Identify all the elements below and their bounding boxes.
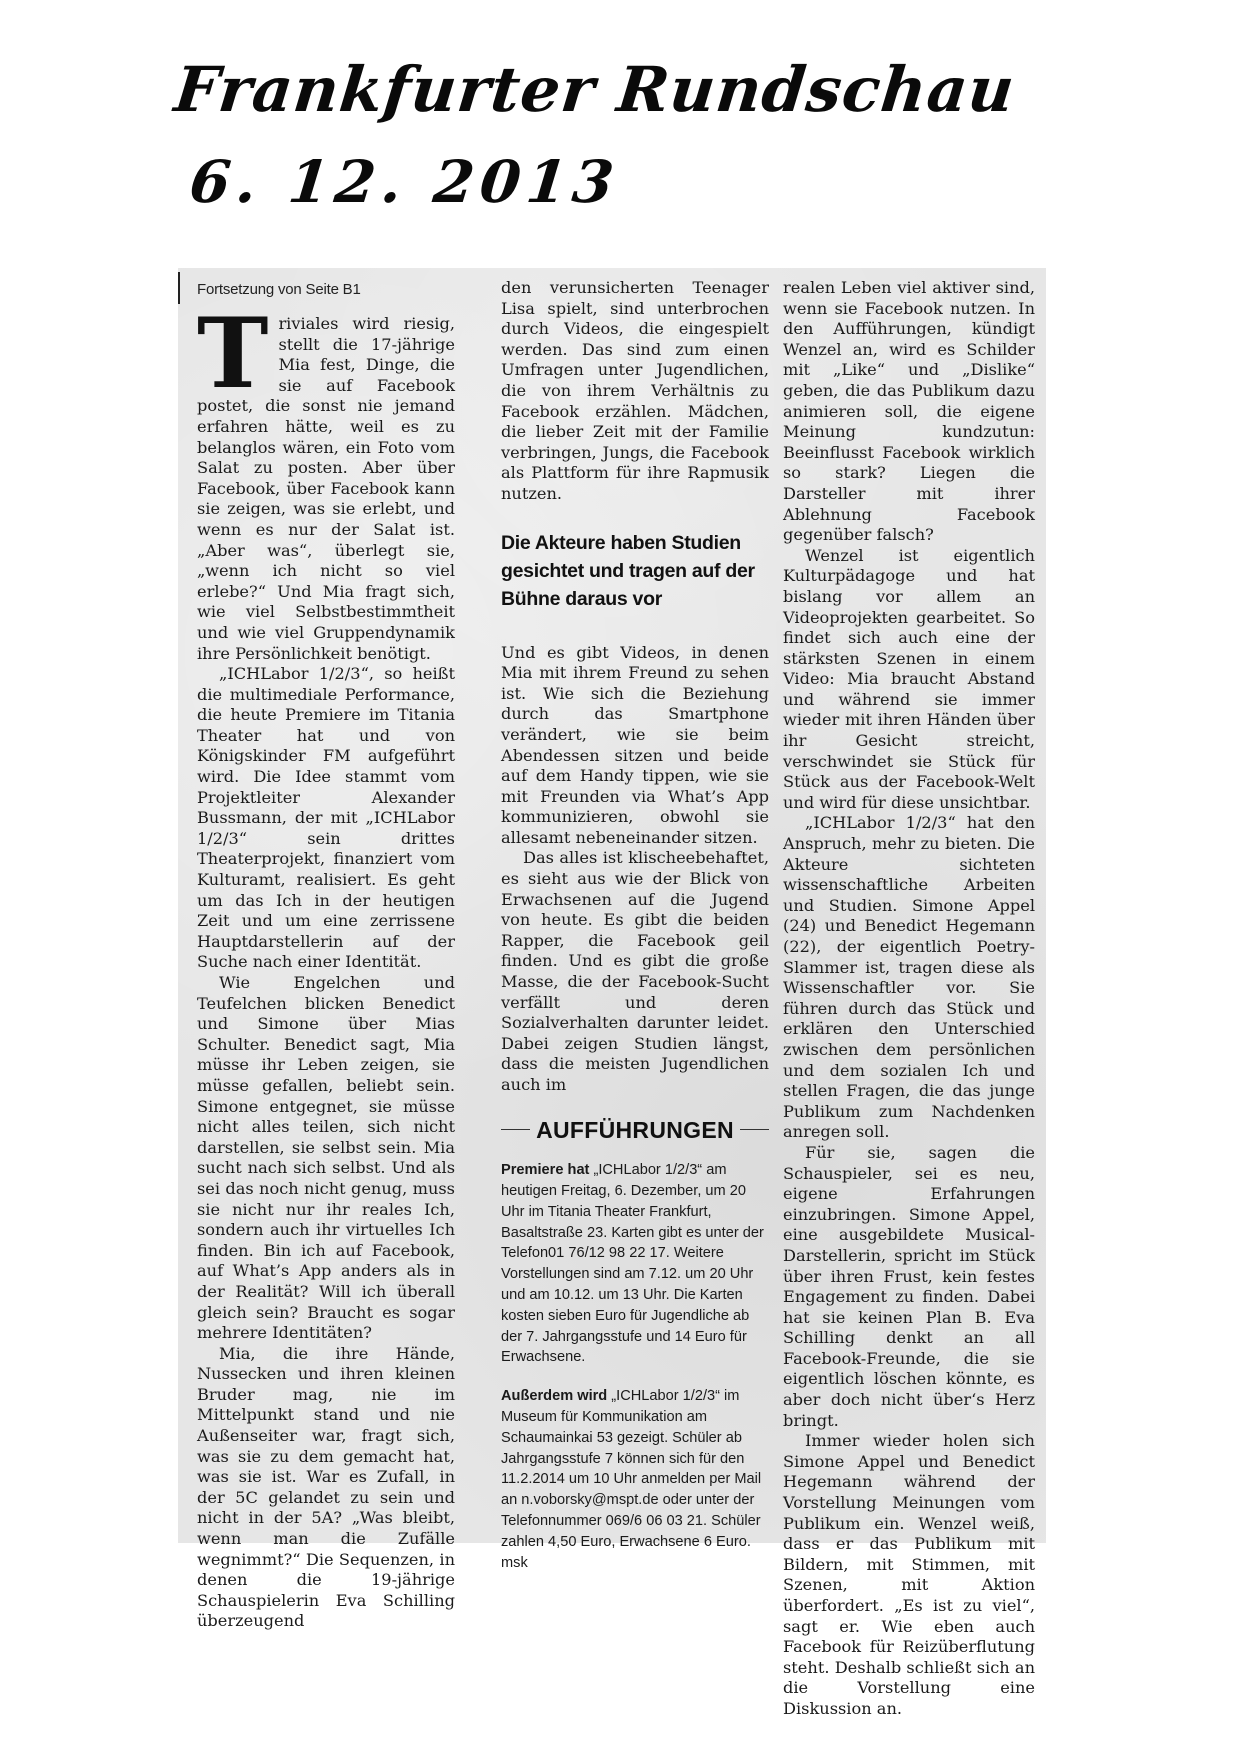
info-box-lead: Premiere hat	[501, 1162, 589, 1178]
article-column-1: Fortsetzung von Seite B1 Triviales wird …	[197, 280, 455, 1632]
info-box-title: AUFFÜHRUNGEN	[530, 1120, 740, 1141]
article-paragraph: Mia, die ihre Hände, Nussecken und ihren…	[197, 1344, 455, 1632]
article-paragraph: Und es gibt Videos, in denen Mia mit ihr…	[501, 643, 769, 849]
divider-rule	[740, 1129, 769, 1130]
article-paragraph: Das alles ist klischeebehaftet, es sieht…	[501, 848, 769, 1095]
continuation-kicker: Fortsetzung von Seite B1	[197, 280, 455, 300]
info-box-entry: Premiere hat „ICHLabor 1/2/3“ am heutige…	[501, 1160, 769, 1368]
article-subheading: Die Akteure haben Studien gesichtet und …	[501, 529, 769, 613]
article-paragraph: „ICHLabor 1/2/3“ hat den Anspruch, mehr …	[783, 813, 1035, 1143]
clipping-edge-mark	[178, 272, 180, 304]
article-paragraph: Für sie, sagen die Schauspieler, sei es …	[783, 1143, 1035, 1431]
article-paragraph: Wie Engelchen und Teufelchen blicken Ben…	[197, 973, 455, 1344]
drop-cap: T	[197, 316, 268, 396]
article-paragraph: „ICHLabor 1/2/3“, so heißt die multimedi…	[197, 664, 455, 973]
article-column-3: realen Leben viel aktiver sind, wenn sie…	[783, 278, 1035, 1720]
divider-rule	[501, 1129, 530, 1130]
article-paragraph: Wenzel ist eigentlich Kulturpädagoge und…	[783, 546, 1035, 814]
info-box-lead: Außerdem wird	[501, 1388, 607, 1404]
article-paragraph: den verunsicherten Teenager Lisa spielt,…	[501, 278, 769, 505]
info-box-entry: Außerdem wird „ICHLabor 1/2/3“ im Museum…	[501, 1386, 769, 1573]
article-paragraph: Triviales wird riesig, stellt die 17-jäh…	[197, 314, 455, 664]
article-column-2: den verunsicherten Teenager Lisa spielt,…	[501, 278, 769, 1591]
info-box-header: AUFFÜHRUNGEN	[501, 1120, 769, 1141]
article-paragraph: Immer wieder holen sich Simone Appel und…	[783, 1431, 1035, 1719]
handwritten-publication-name: Frankfurter Rundschau	[171, 55, 1018, 125]
article-paragraph: realen Leben viel aktiver sind, wenn sie…	[783, 278, 1035, 546]
handwritten-date: 6. 12. 2013	[187, 150, 623, 214]
